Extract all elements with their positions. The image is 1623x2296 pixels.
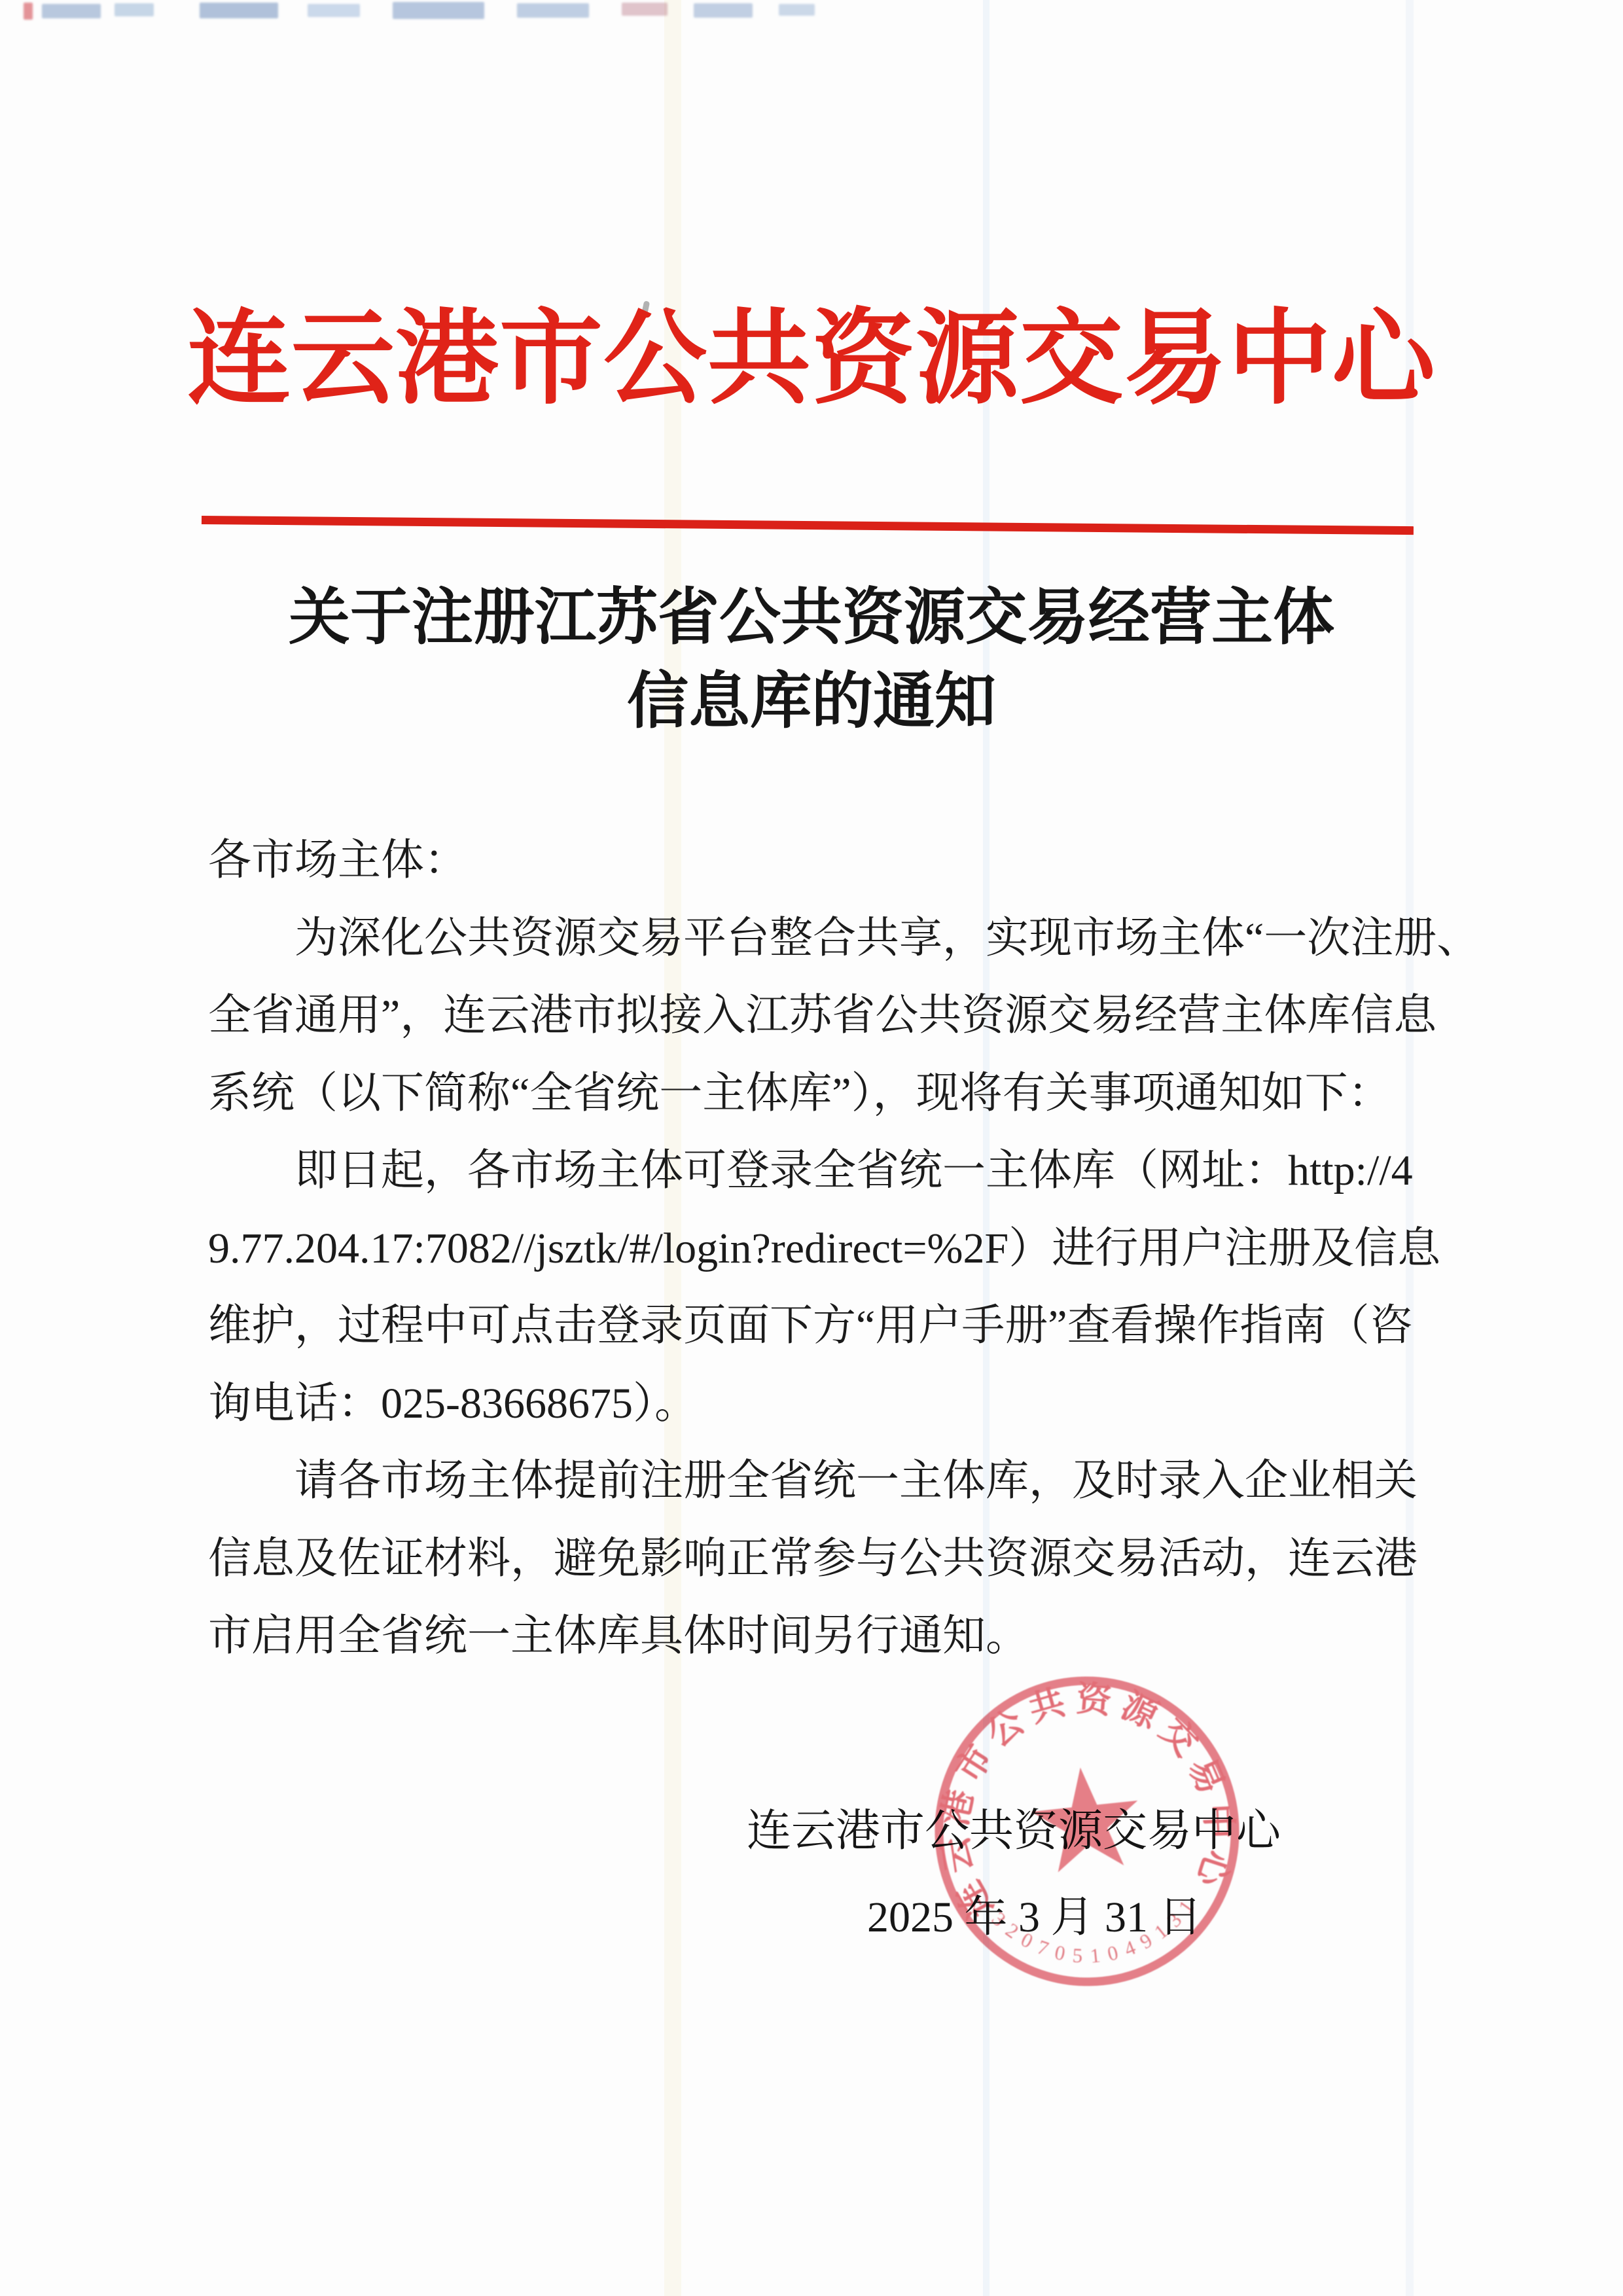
scan-edge-artifacts: [0, 0, 1623, 30]
document-title-line2: 信息库的通知: [0, 660, 1623, 744]
body-line: 为深化公共资源交易平台整合共享，实现市场主体“一次注册、: [208, 900, 1445, 978]
scanned-notice-page: 连云港市公共资源交易中心 关于注册江苏省公共资源交易经营主体 信息库的通知 各市…: [0, 0, 1623, 2296]
body-line: 全省通用”，连云港市拟接入江苏省公共资源交易经营主体库信息: [208, 977, 1445, 1055]
body-line: 维护，过程中可点击登录页面下方“用户手册”查看操作指南（咨: [208, 1287, 1445, 1365]
body-line: 即日起，各市场主体可登录全省统一主体库（网址：http://4: [208, 1132, 1445, 1210]
body-line-phone: 询电话：025-83668675）。: [208, 1365, 1445, 1443]
letterhead-title: 连云港市公共资源交易中心: [0, 298, 1623, 422]
official-seal: 连云港市公共资源交易中心 3207051049131: [914, 1659, 1260, 2004]
document-title: 关于注册江苏省公共资源交易经营主体 信息库的通知: [0, 576, 1623, 744]
body-line: 信息及佐证材料，避免影响正常参与公共资源交易活动，连云港: [208, 1520, 1445, 1598]
body-line: 系统（以下简称“全省统一主体库”），现将有关事项通知如下：: [208, 1055, 1445, 1133]
salutation: 各市场主体：: [208, 822, 1445, 900]
letterhead-rule: [202, 516, 1414, 535]
body-line: 市启用全省统一主体库具体时间另行通知。: [208, 1598, 1445, 1676]
body-line-url: 9.77.204.17:7082//jsztk/#/login?redirect…: [208, 1210, 1445, 1288]
notice-body: 各市场主体： 为深化公共资源交易平台整合共享，实现市场主体“一次注册、 全省通用…: [208, 822, 1445, 1676]
body-line: 请各市场主体提前注册全省统一主体库，及时录入企业相关: [208, 1443, 1445, 1520]
document-title-line1: 关于注册江苏省公共资源交易经营主体: [0, 576, 1623, 660]
star-icon: [1027, 1762, 1144, 1874]
